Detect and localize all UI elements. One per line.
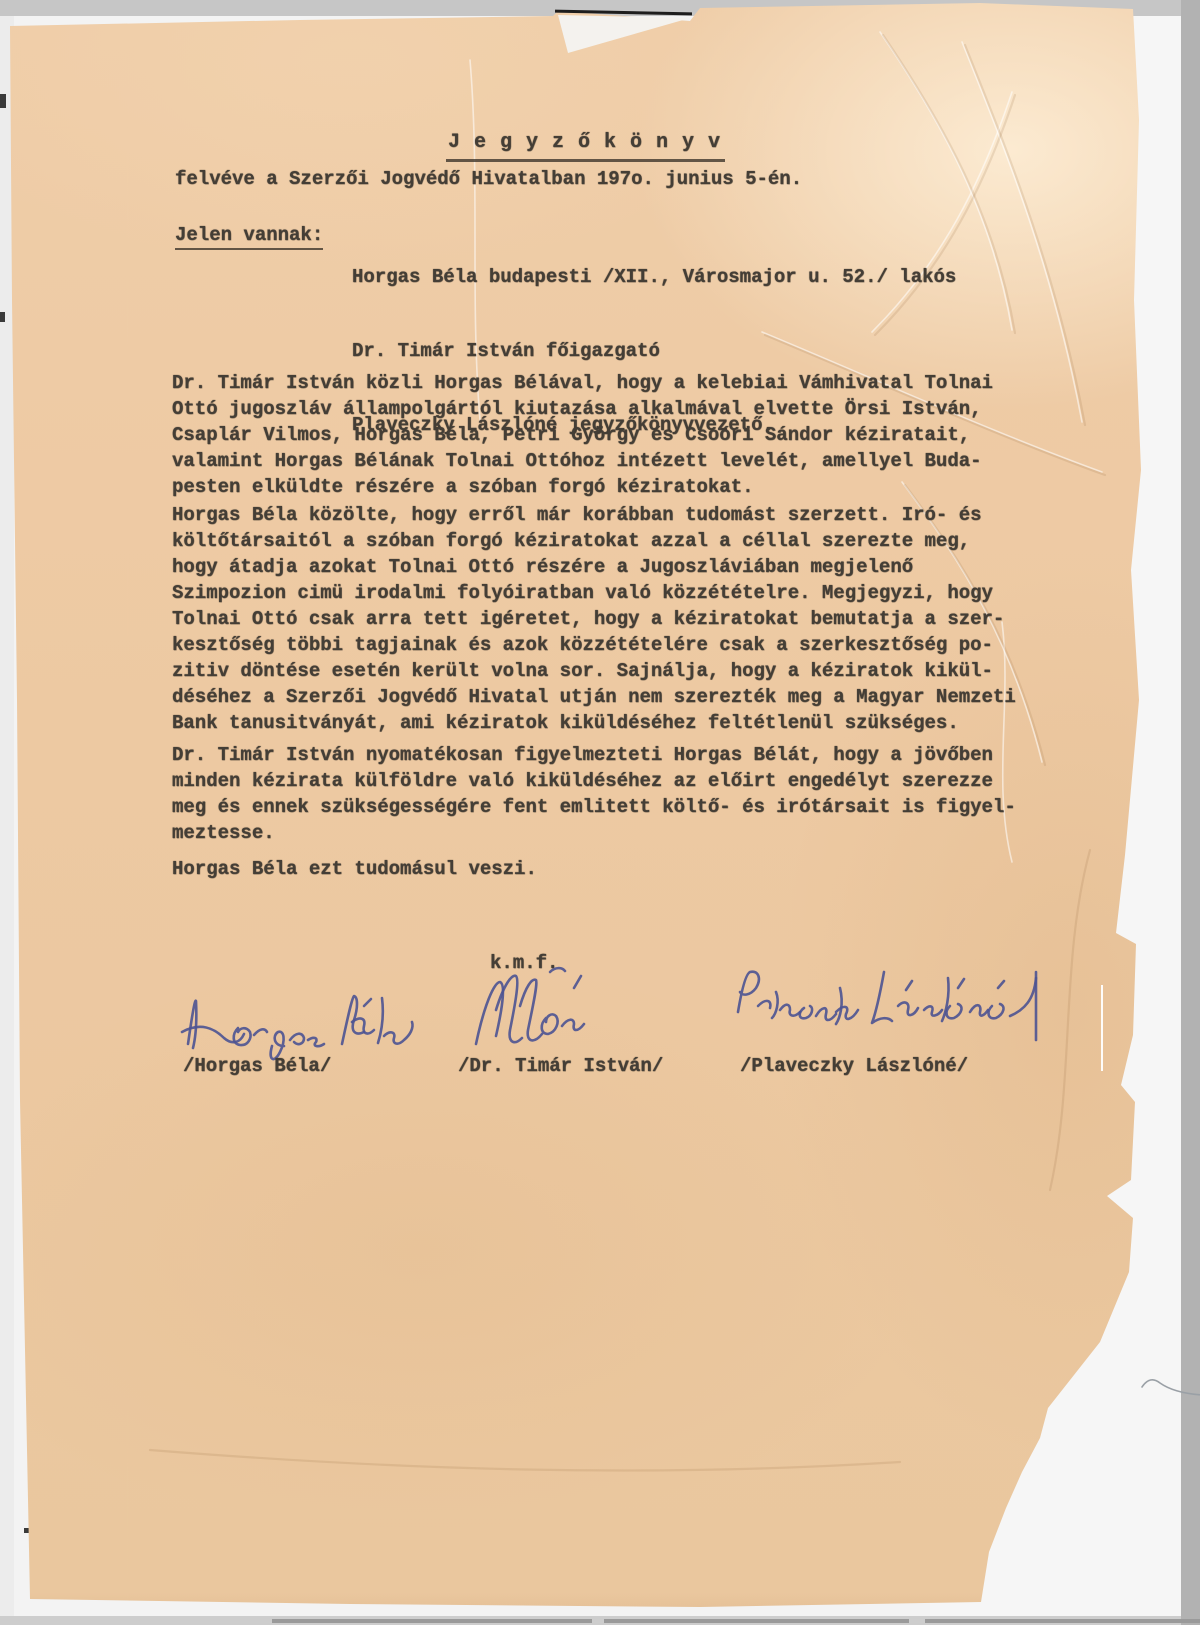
document-paper: J e g y z ő k ö n y v felvéve a Szerzői … bbox=[0, 0, 1200, 1625]
typed-name-dr-timar-istvan: /Dr. Timár István/ bbox=[458, 1055, 663, 1077]
scanner-edge-dash bbox=[272, 1619, 592, 1623]
typed-name-plaveczky-laszlone: /Plaveczky Lászlóné/ bbox=[740, 1055, 968, 1077]
body-paragraph: Horgas Béla közölte, hogy erről már korá… bbox=[172, 502, 1052, 736]
signature-dr-timar-istvan bbox=[462, 962, 642, 1058]
attendee-entry: Dr. Timár István főigazgató bbox=[352, 333, 956, 370]
body-paragraph: Dr. Timár István nyomatékosan figyelmezt… bbox=[172, 742, 1052, 846]
attendees-label: Jelen vannak: bbox=[175, 222, 323, 250]
body-paragraph: Horgas Béla ezt tudomásul veszi. bbox=[172, 856, 537, 882]
scanner-dust-fiber bbox=[1138, 1365, 1200, 1405]
attendee-entry: Horgas Béla budapesti /XII., Városmajor … bbox=[352, 259, 956, 296]
scanner-edge-dash bbox=[925, 1619, 1200, 1623]
scanner-edge-dash bbox=[604, 1619, 909, 1623]
date-line: felvéve a Szerzői Jogvédő Hivatalban 197… bbox=[175, 166, 802, 192]
document-title: J e g y z ő k ö n y v bbox=[446, 130, 725, 162]
typed-name-horgas-bela: /Horgas Béla/ bbox=[183, 1055, 331, 1077]
body-paragraph: Dr. Timár István közli Horgas Bélával, h… bbox=[172, 370, 1032, 500]
signature-plaveczky-laszlone bbox=[732, 960, 1067, 1052]
scan-edge-mark bbox=[0, 312, 5, 322]
scan-scratch-line bbox=[1101, 985, 1103, 1071]
scan-edge-mark bbox=[0, 94, 6, 108]
